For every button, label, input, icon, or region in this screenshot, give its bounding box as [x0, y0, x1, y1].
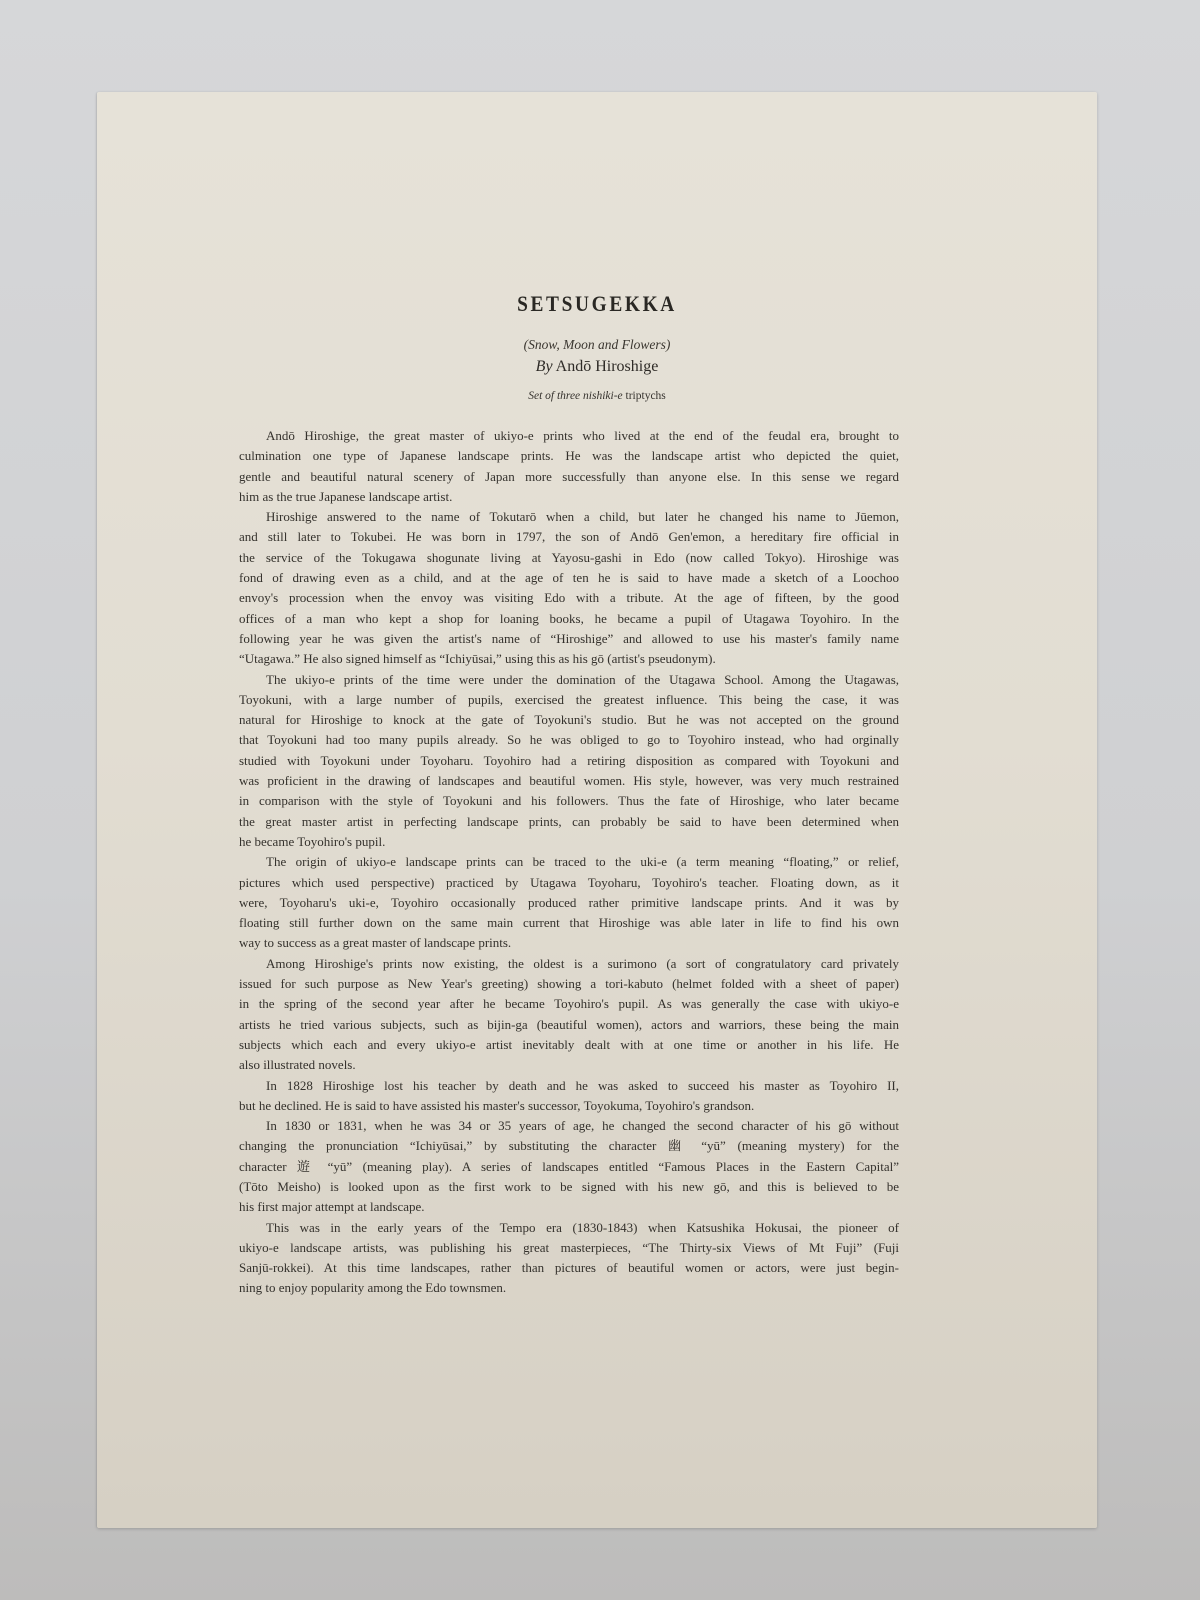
document-subtitle: (Snow, Moon and Flowers) [97, 337, 1097, 353]
text-line: in comparison with the style of Toyokuni… [239, 791, 899, 811]
text-line: (Tōto Meisho) is looked upon as the firs… [239, 1177, 899, 1197]
text-line: he became Toyohiro's pupil. [239, 832, 899, 852]
byline-author: Andō Hiroshige [556, 358, 659, 375]
text-line: artists he tried various subjects, such … [239, 1015, 899, 1035]
text-line: In 1828 Hiroshige lost his teacher by de… [239, 1076, 899, 1096]
text-line: Andō Hiroshige, the great master of ukiy… [239, 426, 899, 446]
text-line: floating still further down on the same … [239, 913, 899, 933]
text-line: were, Toyoharu's uki-e, Toyohiro occasio… [239, 893, 899, 913]
text-line: and still later to Tokubei. He was born … [239, 527, 899, 547]
text-line: Toyokuni, with a large number of pupils,… [239, 690, 899, 710]
text-line: studied with Toyokuni under Toyoharu. To… [239, 751, 899, 771]
document-title: SETSUGEKKA [157, 291, 1037, 317]
text-line: pictures which used perspective) practic… [239, 873, 899, 893]
text-line: Hiroshige answered to the name of Tokuta… [239, 507, 899, 527]
text-line: his first major attempt at landscape. [239, 1197, 899, 1217]
text-line: him as the true Japanese landscape artis… [239, 487, 899, 507]
text-line: ning to enjoy popularity among the Edo t… [239, 1278, 899, 1298]
text-line: gentle and beautiful natural scenery of … [239, 467, 899, 487]
paragraph: The origin of ukiyo-e landscape prints c… [239, 852, 899, 953]
text-line: but he declined. He is said to have assi… [239, 1096, 899, 1116]
text-line: changing the pronunciation “Ichiyūsai,” … [239, 1136, 899, 1156]
text-line: The ukiyo-e prints of the time were unde… [239, 670, 899, 690]
text-line: “Utagawa.” He also signed himself as “Ic… [239, 649, 899, 669]
text-line: character 遊 “yū” (meaning play). A serie… [239, 1157, 899, 1177]
text-line: fond of drawing even as a child, and at … [239, 568, 899, 588]
text-line: ukiyo-e landscape artists, was publishin… [239, 1238, 899, 1258]
set-term: nishiki-e [583, 390, 623, 402]
text-line: This was in the early years of the Tempo… [239, 1218, 899, 1238]
text-line: Among Hiroshige's prints now existing, t… [239, 954, 899, 974]
paragraph: This was in the early years of the Tempo… [239, 1218, 899, 1299]
paragraph: In 1830 or 1831, when he was 34 or 35 ye… [239, 1116, 899, 1217]
paragraph: Andō Hiroshige, the great master of ukiy… [239, 426, 899, 507]
set-prefix: Set of three [528, 390, 580, 402]
set-suffix: triptychs [626, 390, 666, 402]
body-text: Andō Hiroshige, the great master of ukiy… [239, 426, 899, 1299]
text-line: subjects which each and every ukiyo-e ar… [239, 1035, 899, 1055]
text-line: In 1830 or 1831, when he was 34 or 35 ye… [239, 1116, 899, 1136]
set-description: Set of three nishiki-e triptychs [97, 390, 1097, 402]
text-line: in the spring of the second year after h… [239, 994, 899, 1014]
text-line: that Toyokuni had too many pupils alread… [239, 730, 899, 750]
text-line: offices of a man who kept a shop for loa… [239, 609, 899, 629]
text-line: culmination one type of Japanese landsca… [239, 446, 899, 466]
byline-prefix: By [536, 358, 553, 375]
text-line: following year he was given the artist's… [239, 629, 899, 649]
text-line: also illustrated novels. [239, 1055, 899, 1075]
text-line: was proficient in the drawing of landsca… [239, 771, 899, 791]
document-sheet: SETSUGEKKA (Snow, Moon and Flowers) By A… [97, 92, 1097, 1528]
text-line: the great master artist in perfecting la… [239, 812, 899, 832]
text-line: issued for such purpose as New Year's gr… [239, 974, 899, 994]
text-line: envoy's procession when the envoy was vi… [239, 588, 899, 608]
byline: By Andō Hiroshige [97, 358, 1097, 376]
text-line: way to success as a great master of land… [239, 933, 899, 953]
paragraph: The ukiyo-e prints of the time were unde… [239, 670, 899, 853]
paragraph: Hiroshige answered to the name of Tokuta… [239, 507, 899, 669]
paragraph: Among Hiroshige's prints now existing, t… [239, 954, 899, 1076]
text-line: the service of the Tokugawa shogunate li… [239, 548, 899, 568]
text-line: The origin of ukiyo-e landscape prints c… [239, 852, 899, 872]
text-line: Sanjū-rokkei). At this time landscapes, … [239, 1258, 899, 1278]
paragraph: In 1828 Hiroshige lost his teacher by de… [239, 1076, 899, 1117]
text-line: natural for Hiroshige to knock at the ga… [239, 710, 899, 730]
